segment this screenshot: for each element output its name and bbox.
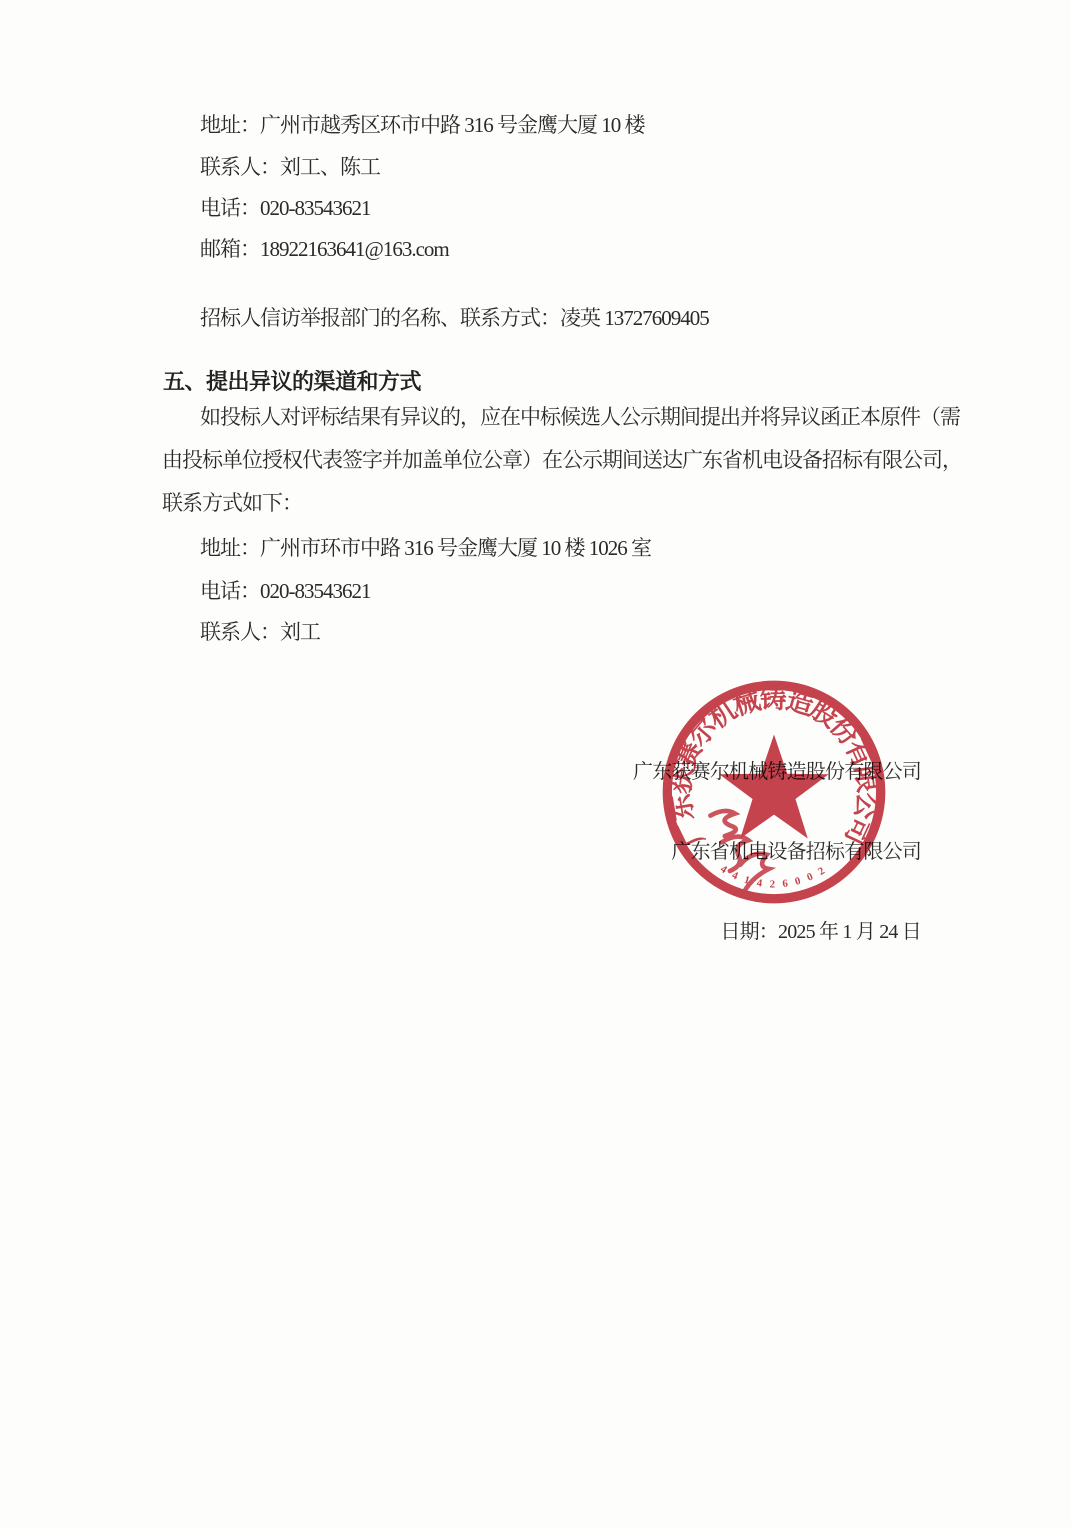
objection-phone-line: 电话：020-83543621 — [200, 579, 371, 603]
paragraph-line-1: 如投标人对评标结果有异议的，应在中标候选人公示期间提出并将异议函正本原件（需 — [200, 405, 960, 429]
paragraph-line-3: 联系方式如下： — [162, 491, 302, 515]
document-page: 地址：广州市越秀区环市中路 316 号金鹰大厦 10 楼 联系人：刘工、陈工 电… — [0, 0, 1071, 1527]
bidder-address-line: 地址：广州市越秀区环市中路 316 号金鹰大厦 10 楼 — [200, 113, 645, 137]
petition-contact-line: 招标人信访举报部门的名称、联系方式：凌英 13727609405 — [200, 306, 709, 330]
section-heading: 五、提出异议的渠道和方式 — [163, 369, 421, 394]
objection-contact-line: 联系人：刘工 — [200, 620, 320, 644]
seal-star-icon — [719, 735, 828, 839]
company-seal-stamp: 广东获赛尔机械铸造股份有限公司 441426002406 — [656, 674, 892, 910]
objection-address-line: 地址：广州市环市中路 316 号金鹰大厦 10 楼 1026 室 — [200, 536, 651, 560]
bidder-contact-line: 联系人：刘工、陈工 — [200, 155, 380, 179]
signature-date: 日期：2025 年 1 月 24 日 — [633, 922, 921, 942]
paragraph-line-2: 由投标单位授权代表签字并加盖单位公章）在公示期间送达广东省机电设备招标有限公司， — [162, 448, 962, 472]
bidder-phone-line: 电话：020-83543621 — [200, 196, 371, 220]
bidder-email-line: 邮箱：18922163641@163.com — [200, 237, 449, 261]
